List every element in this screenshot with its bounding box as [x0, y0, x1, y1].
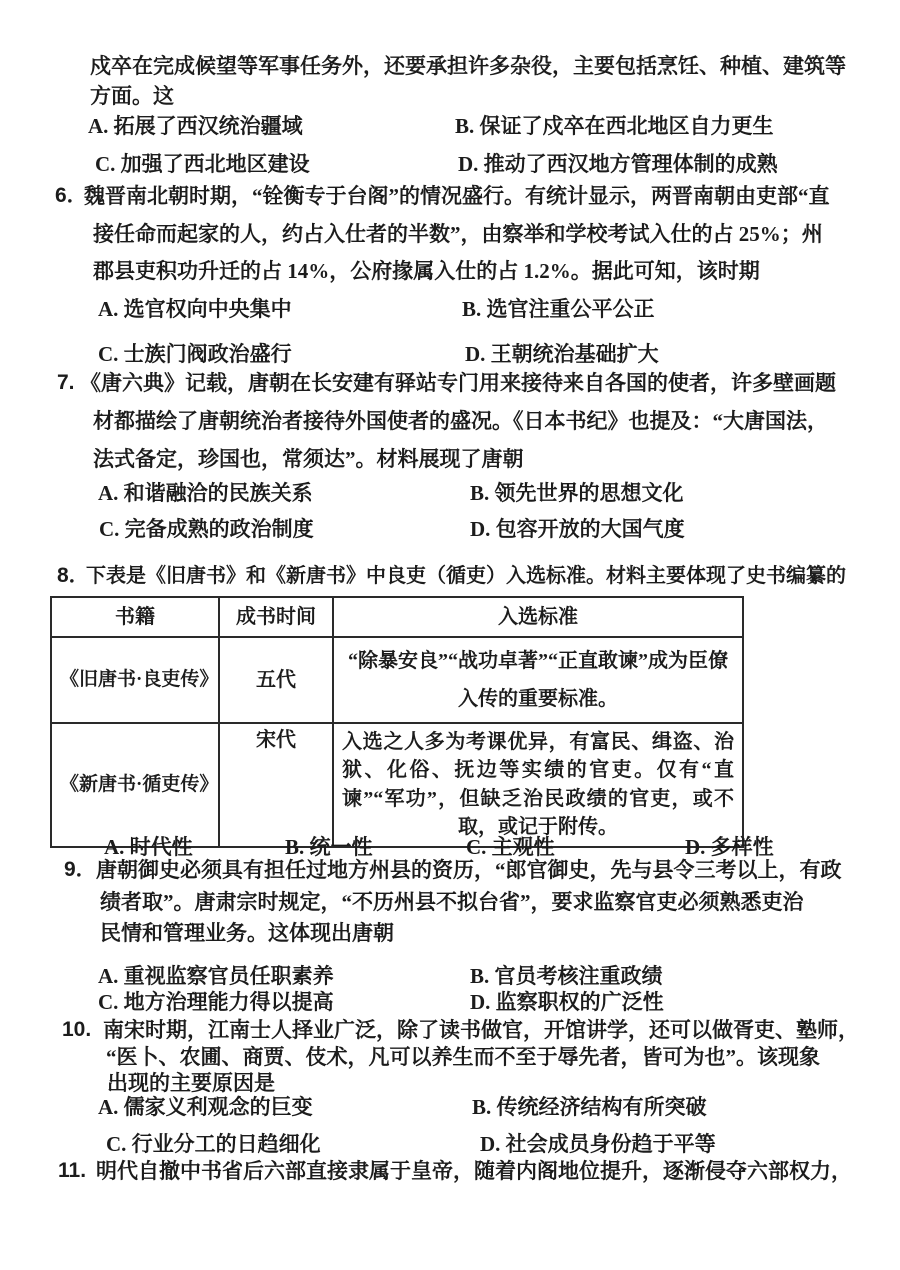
q7-number: 7.	[57, 370, 75, 396]
table-header-criteria: 入选标准	[333, 597, 743, 637]
cell-time-song: 宋代	[219, 723, 333, 847]
q9-stem-line-1: 唐朝御史必须具有担任过地方州县的资历，“郎官御史，先与县令三考以上，有政	[96, 857, 842, 883]
q9-number: 9．	[64, 857, 97, 883]
cell-book-new-tang: 《新唐书·循吏传》	[51, 723, 219, 847]
q10-option-d: D. 社会成员身份趋于平等	[480, 1131, 716, 1157]
cell-criteria-old-tang: “除暴安良”“战功卓著”“正直敢谏”成为臣僚入传的重要标准。	[333, 637, 743, 723]
q11-stem-line-1: 明代自撤中书省后六部直接隶属于皇帝，随着内阁地位提升，逐渐侵夺六部权力，	[96, 1158, 852, 1184]
q8-criteria-table: 书籍 成书时间 入选标准 《旧唐书·良吏传》 五代 “除暴安良”“战功卓著”“正…	[50, 596, 744, 848]
q6-option-a: A. 选官权向中央集中	[98, 296, 292, 322]
q5-option-c: C. 加强了西北地区建设	[95, 151, 310, 177]
q5-option-d: D. 推动了西汉地方管理体制的成熟	[458, 151, 778, 177]
exam-page: 戍卒在完成候望等军事任务外，还要承担许多杂役，主要包括烹饪、种植、建筑等 方面。…	[0, 0, 900, 1270]
q5-stem-line-1: 戍卒在完成候望等军事任务外，还要承担许多杂役，主要包括烹饪、种植、建筑等	[90, 53, 846, 79]
q6-option-c: C. 士族门阀政治盛行	[98, 341, 292, 367]
q8-stem: 下表是《旧唐书》和《新唐书》中良吏（循吏）入选标准。材料主要体现了史书编纂的	[86, 564, 846, 589]
q7-stem-line-3: 法式备定，珍国也，常须达”。材料展现了唐朝	[93, 446, 524, 472]
q10-option-a: A. 儒家义利观念的巨变	[98, 1094, 313, 1120]
q9-stem-line-2: 绩者取”。唐肃宗时规定，“不历州县不拟台省”，要求监察官吏必须熟悉吏治	[100, 889, 804, 915]
q6-number: 6．	[55, 183, 88, 209]
table-header-book: 书籍	[51, 597, 219, 637]
q7-stem-line-2: 材都描绘了唐朝统治者接待外国使者的盛况。《日本书纪》也提及：“大唐国法，	[93, 408, 828, 434]
q6-stem-line-2: 接任命而起家的人，约占入仕者的半数”，由察举和学校考试入仕的占 25%；州	[93, 221, 823, 247]
table-row-old-tang: 《旧唐书·良吏传》 五代 “除暴安良”“战功卓著”“正直敢谏”成为臣僚入传的重要…	[51, 637, 743, 723]
q6-option-d: D. 王朝统治基础扩大	[465, 341, 659, 367]
q6-option-b: B. 选官注重公平公正	[462, 296, 655, 322]
q10-option-c: C. 行业分工的日趋细化	[106, 1131, 321, 1157]
q5-stem-line-2: 方面。这	[90, 83, 174, 109]
table-header-time: 成书时间	[219, 597, 333, 637]
q9-option-b: B. 官员考核注重政绩	[470, 963, 663, 989]
q10-stem-line-2: “医卜、农圃、商贾、伎术，凡可以养生而不至于辱先者，皆可为也”。该现象	[106, 1044, 820, 1070]
q9-option-c: C. 地方治理能力得以提高	[98, 989, 334, 1015]
q8-number: 8．	[57, 563, 90, 589]
cell-criteria-new-tang: 入选之人多为考课优异，有富民、缉盗、治狱、化俗、抚边等实绩的官吏。仅有“直谏”“…	[333, 723, 743, 847]
q5-option-a: A. 拓展了西汉统治疆域	[88, 113, 303, 139]
cell-book-old-tang: 《旧唐书·良吏传》	[51, 637, 219, 723]
q10-stem-line-3: 出现的主要原因是	[107, 1070, 275, 1096]
q9-option-d: D. 监察职权的广泛性	[470, 989, 664, 1015]
q6-stem-line-1: 魏晋南北朝时期，“铨衡专于台阁”的情况盛行。有统计显示，两晋南朝由吏部“直	[84, 183, 830, 209]
q11-number: 11.	[58, 1158, 86, 1184]
q7-option-d: D. 包容开放的大国气度	[470, 516, 685, 542]
q7-option-b: B. 领先世界的思想文化	[470, 480, 684, 506]
cell-time-five-dynasties: 五代	[219, 637, 333, 723]
q10-option-b: B. 传统经济结构有所突破	[472, 1094, 707, 1120]
q6-stem-line-3: 郡县吏积功升迁的占 14%，公府掾属入仕的占 1.2%。据此可知，该时期	[93, 258, 760, 284]
table-row-new-tang: 《新唐书·循吏传》 宋代 入选之人多为考课优异，有富民、缉盗、治狱、化俗、抚边等…	[51, 723, 743, 847]
q7-option-c: C. 完备成熟的政治制度	[99, 516, 314, 542]
q7-option-a: A. 和谐融洽的民族关系	[98, 480, 313, 506]
q9-stem-line-3: 民情和管理业务。这体现出唐朝	[100, 920, 394, 946]
q7-stem-line-1: 《唐六典》记载，唐朝在长安建有驿站专门用来接待来自各国的使者，许多壁画题	[80, 370, 836, 396]
q5-option-b: B. 保证了戍卒在西北地区自力更生	[455, 113, 774, 139]
q10-number: 10.	[62, 1017, 91, 1043]
table-header-row: 书籍 成书时间 入选标准	[51, 597, 743, 637]
q9-option-a: A. 重视监察官员任职素养	[98, 963, 334, 989]
q10-stem-line-1: 南宋时期，江南士人择业广泛，除了读书做官，开馆讲学，还可以做胥吏、塾师，	[103, 1017, 859, 1043]
